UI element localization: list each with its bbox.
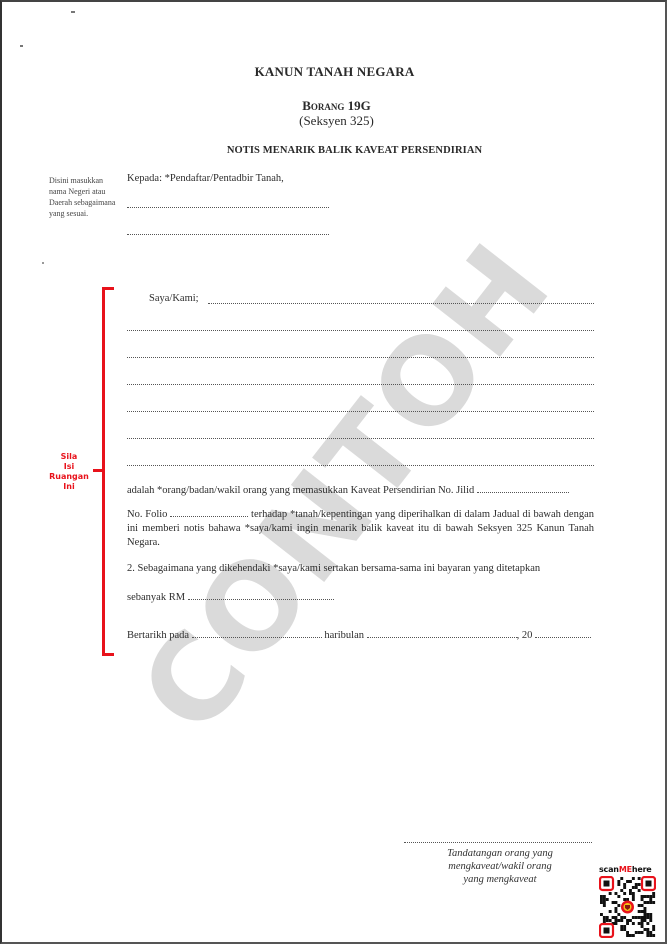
side-note: Disini masukkan nama Negeri atau Daerah … xyxy=(49,175,119,219)
payment-paragraph: 2. Sebagaimana yang dikehendaki *saya/ka… xyxy=(127,562,594,576)
name-line-field[interactable] xyxy=(127,357,594,358)
saya-kami-label: Saya/Kami; xyxy=(149,293,199,304)
addressee-line-2[interactable] xyxy=(127,234,329,235)
caveat-holder-text: adalah *orang/badan/wakil orang yang mem… xyxy=(127,485,474,496)
addressee-line-1[interactable] xyxy=(127,207,329,208)
name-line-field[interactable] xyxy=(127,384,594,385)
fill-bracket-top xyxy=(102,287,114,290)
saya-kami-field[interactable] xyxy=(208,303,594,304)
qr-caption-me: ME xyxy=(619,865,632,874)
fill-instruction: Sila Isi Ruangan Ini xyxy=(46,452,92,492)
signature-field[interactable] xyxy=(404,842,592,843)
form-number: Borang 19G xyxy=(2,98,669,114)
folio-paragraph: No. Folio terhadap *tanah/kepentingan ya… xyxy=(127,508,594,550)
year-field[interactable] xyxy=(535,637,591,638)
fill-bracket-pointer xyxy=(93,469,103,472)
page-frame xyxy=(0,0,667,944)
name-line-field[interactable] xyxy=(127,411,594,412)
qr-caption-scan: scan xyxy=(599,865,619,874)
haribulan-label: haribulan xyxy=(324,630,364,641)
rm-amount-field[interactable] xyxy=(188,599,334,600)
name-line-field[interactable] xyxy=(127,465,594,466)
qr-caption-here: here xyxy=(632,865,652,874)
qr-code-icon[interactable] xyxy=(599,876,656,938)
scan-speck xyxy=(20,45,23,47)
date-month-field[interactable] xyxy=(367,637,517,638)
notice-title: NOTIS MENARIK BALIK KAVEAT PERSENDIRIAN xyxy=(20,145,669,156)
date-label: Bertarikh pada xyxy=(127,630,189,641)
signature-caption-line: mengkaveat/wakil orang xyxy=(420,860,580,873)
caveat-holder-statement: adalah *orang/badan/wakil orang yang mem… xyxy=(127,484,594,498)
name-line-field[interactable] xyxy=(127,438,594,439)
fill-instruction-line: Ini xyxy=(46,482,92,492)
payment-amount-row: sebanyak RM xyxy=(127,591,594,605)
signature-caption-line: Tandatangan orang yang xyxy=(420,847,580,860)
date-day-field[interactable] xyxy=(192,637,322,638)
date-row: Bertarikh pada haribulan , 20 xyxy=(127,629,594,643)
folio-label: No. Folio xyxy=(127,509,167,520)
year-prefix: , 20 xyxy=(517,630,533,641)
fill-bracket-bottom xyxy=(102,653,114,656)
fill-instruction-line: Isi xyxy=(46,462,92,472)
name-line-field[interactable] xyxy=(127,330,594,331)
signature-caption-line: yang mengkaveat xyxy=(420,873,580,886)
fill-instruction-line: Ruangan xyxy=(46,472,92,482)
section-reference: (Seksyen 325) xyxy=(2,113,669,129)
jilid-field[interactable] xyxy=(477,492,569,493)
folio-text: terhadap *tanah/kepentingan yang diperih… xyxy=(127,509,594,548)
signature-caption: Tandatangan orang yang mengkaveat/wakil … xyxy=(420,847,580,886)
folio-field[interactable] xyxy=(170,516,248,517)
fill-instruction-line: Sila xyxy=(46,452,92,462)
scan-speck xyxy=(42,262,44,264)
qr-caption: scanMEhere xyxy=(599,865,652,874)
addressee-label: Kepada: *Pendaftar/Pentadbir Tanah, xyxy=(127,173,284,184)
act-title: KANUN TANAH NEGARA xyxy=(0,64,669,80)
rm-label: sebanyak RM xyxy=(127,592,185,603)
scan-speck xyxy=(71,11,75,13)
